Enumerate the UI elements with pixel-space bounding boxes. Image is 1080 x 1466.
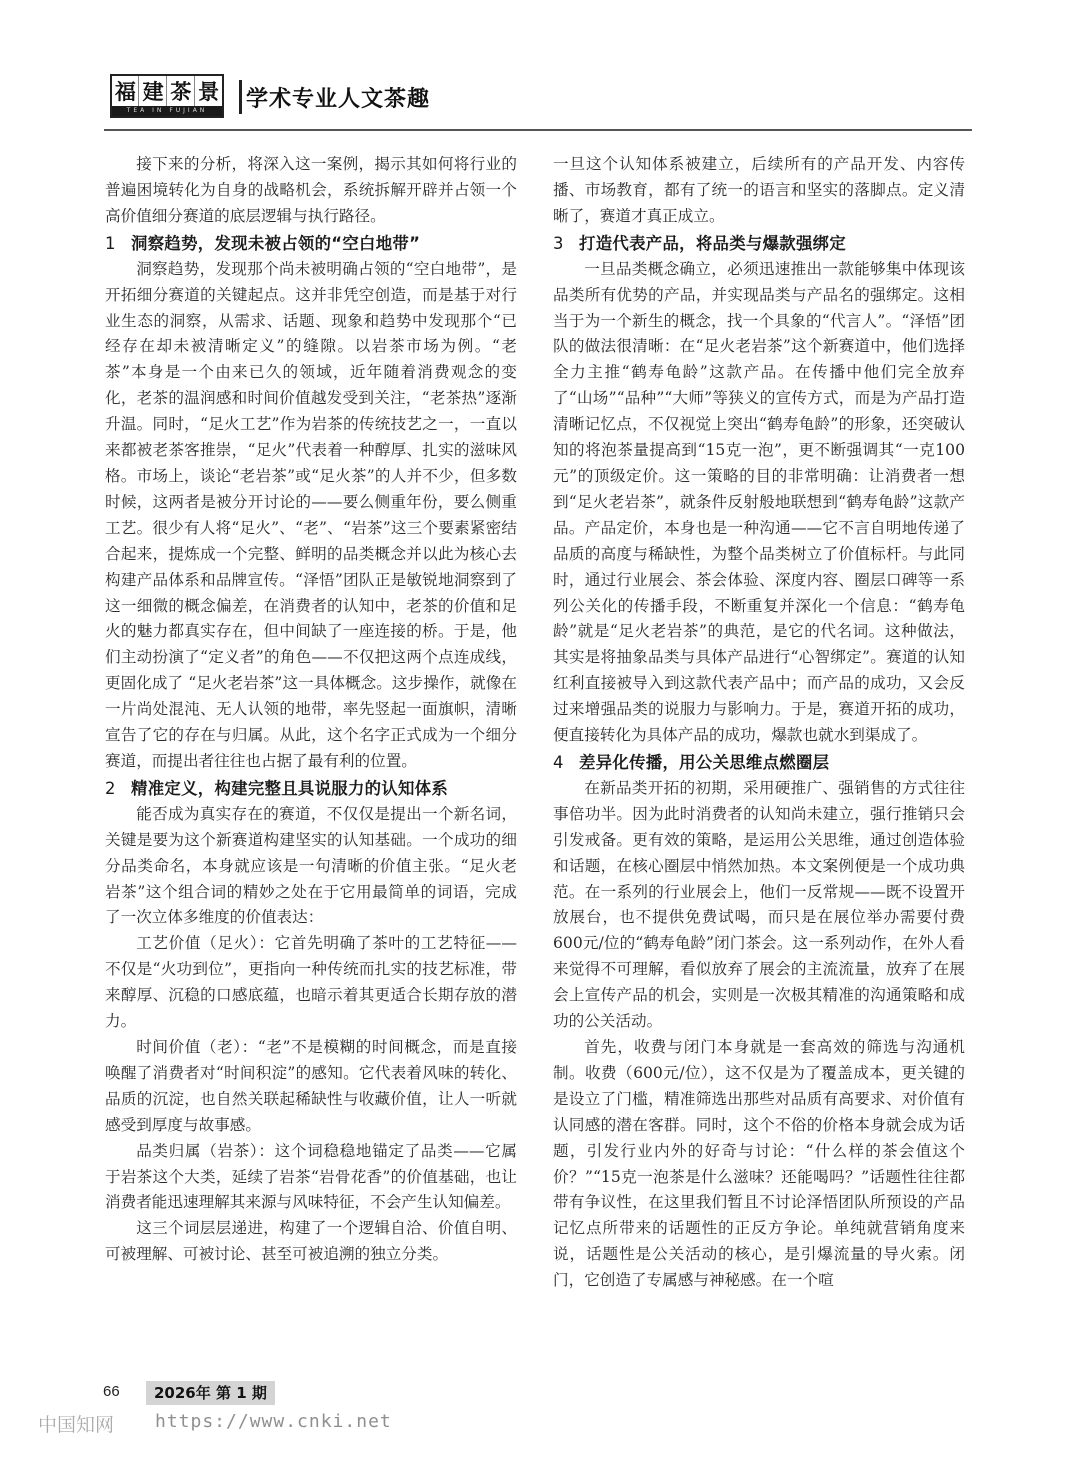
paragraph: 工艺价值（足火）：它首先明确了茶叶的工艺特征——不仅是“火功到位”，更指向一种传… (105, 931, 517, 1035)
paragraph: 洞察趋势，发现那个尚未被明确占领的“空白地带”，是开拓细分赛道的关键起点。这并非… (105, 257, 517, 775)
section-title: 打造代表产品，将品类与爆款强绑定 (579, 234, 846, 253)
logo-char: 茶 (168, 76, 195, 106)
paragraph: 能否成为真实存在的赛道，不仅仅是提出一个新名词，关键是要为这个新赛道构建坚实的认… (105, 802, 517, 932)
header-divider (239, 80, 242, 114)
section-title: 精准定义，构建完整且具说服力的认知体系 (131, 779, 448, 798)
cnki-watermark-name: 中国知网 (38, 1410, 114, 1437)
logo-subtitle: TEA IN FUJIAN (112, 106, 222, 116)
issue-label: 2026年 第 1 期 (146, 1381, 275, 1405)
section-number: 4 (553, 749, 579, 776)
logo-char: 福 (112, 76, 139, 106)
section-heading-2: 2精准定义，构建完整且具说服力的认知体系 (105, 775, 517, 802)
left-column: 接下来的分析，将深入这一案例，揭示其如何将行业的普遍困境转化为自身的战略机会，系… (105, 152, 517, 1268)
right-column: 一旦这个认知体系被建立，后续所有的产品开发、内容传播、市场教育，都有了统一的语言… (553, 152, 965, 1294)
paragraph: 在新品类开拓的初期，采用硬推广、强销售的方式往往事倍功半。因为此时消费者的认知尚… (553, 776, 965, 1035)
paragraph: 一旦这个认知体系被建立，后续所有的产品开发、内容传播、市场教育，都有了统一的语言… (553, 152, 965, 230)
section-number: 1 (105, 230, 131, 257)
journal-logo: 福 建 茶 景 TEA IN FUJIAN (110, 74, 224, 118)
header-rule (104, 129, 972, 131)
section-title: 洞察趋势，发现未被占领的“空白地带” (131, 234, 420, 253)
journal-header: 福 建 茶 景 TEA IN FUJIAN 学术专业人文茶趣 (104, 72, 976, 122)
logo-char: 建 (140, 76, 167, 106)
paragraph: 一旦品类概念确立，必须迅速推出一款能够集中体现该品类所有优势的产品，并实现品类与… (553, 257, 965, 749)
paragraph: 接下来的分析，将深入这一案例，揭示其如何将行业的普遍困境转化为自身的战略机会，系… (105, 152, 517, 230)
section-number: 2 (105, 775, 131, 802)
paragraph: 时间价值（老）：“老”不是模糊的时间概念，而是直接唤醒了消费者对“时间积淀”的感… (105, 1035, 517, 1139)
paragraph: 首先，收费与闭门本身就是一套高效的筛选与沟通机制。收费（600元/位），这不仅是… (553, 1035, 965, 1294)
section-number: 3 (553, 230, 579, 257)
journal-tagline: 学术专业人文茶趣 (246, 82, 430, 113)
cnki-watermark-url: https://www.cnki.net (155, 1411, 392, 1432)
section-heading-3: 3打造代表产品，将品类与爆款强绑定 (553, 230, 965, 257)
section-heading-1: 1洞察趋势，发现未被占领的“空白地带” (105, 230, 517, 257)
paragraph: 这三个词层层递进，构建了一个逻辑自洽、价值自明、可被理解、可被讨论、甚至可被追溯… (105, 1216, 517, 1268)
section-heading-4: 4差异化传播，用公关思维点燃圈层 (553, 749, 965, 776)
page-number: 66 (103, 1383, 120, 1400)
logo-char: 景 (196, 76, 222, 106)
paragraph: 品类归属（岩茶）：这个词稳稳地锚定了品类——它属于岩茶这个大类，延续了岩茶“岩骨… (105, 1139, 517, 1217)
section-title: 差异化传播，用公关思维点燃圈层 (579, 753, 829, 772)
